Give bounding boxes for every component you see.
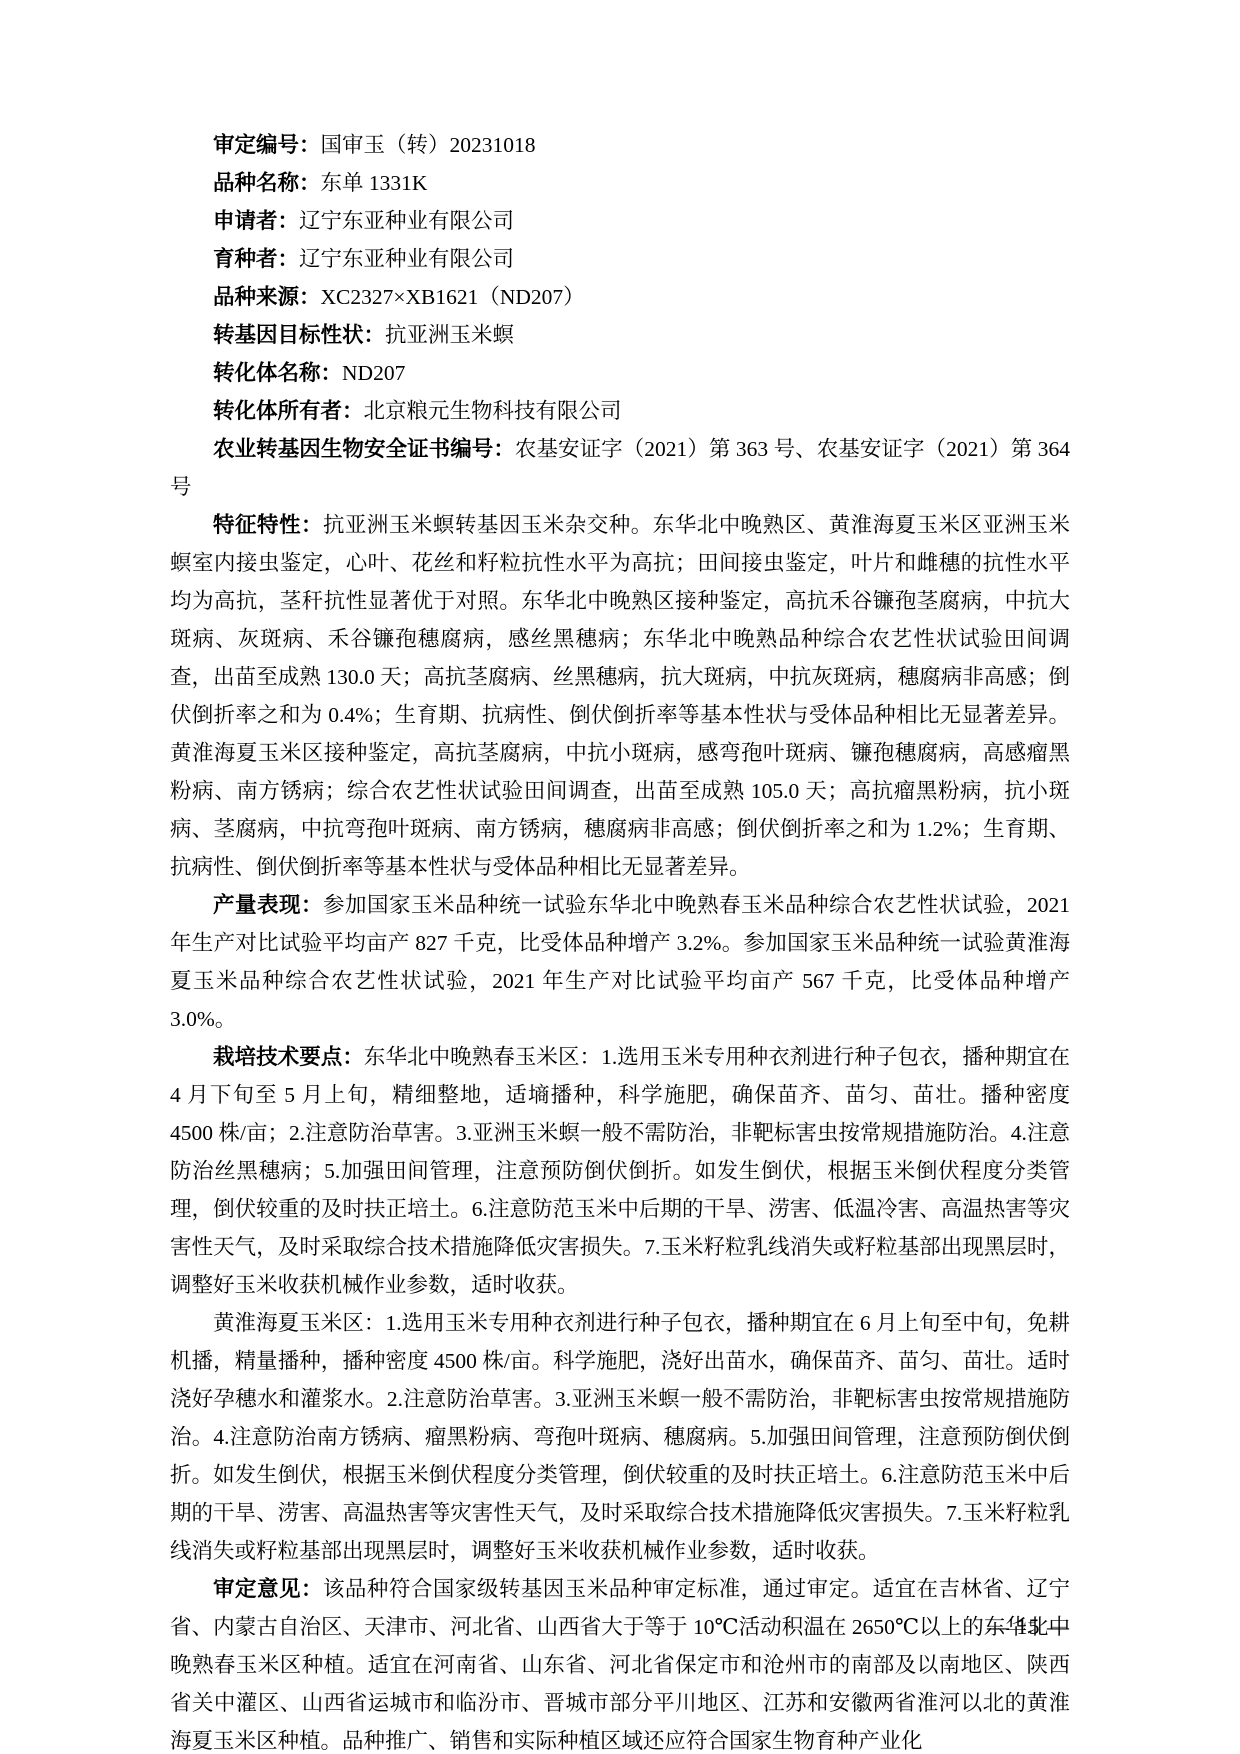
field-label: 品种来源： bbox=[213, 285, 321, 309]
field-label: 审定编号： bbox=[213, 133, 321, 157]
paragraph-yield-performance: 产量表现：参加国家玉米品种统一试验东华北中晚熟春玉米品种综合农艺性状试验，202… bbox=[170, 886, 1070, 1038]
field-label: 申请者： bbox=[213, 209, 299, 233]
field-label: 转化体名称： bbox=[213, 361, 342, 385]
field-value: 国审玉（转）20231018 bbox=[321, 133, 536, 157]
paragraph-approval-opinion: 审定意见：该品种符合国家级转基因玉米品种审定标准，通过审定。适宜在吉林省、辽宁省… bbox=[170, 1570, 1070, 1754]
paragraph-huanghuaihai-region: 黄淮海夏玉米区：1.选用玉米专用种衣剂进行种子包衣，播种期宜在 6 月上旬至中旬… bbox=[170, 1304, 1070, 1570]
field-value: 抗亚洲玉米螟 bbox=[385, 323, 514, 347]
paragraph-label: 特征特性： bbox=[213, 513, 323, 537]
document-page: 审定编号：国审玉（转）20231018 品种名称：东单 1331K 申请者：辽宁… bbox=[0, 0, 1240, 1754]
field-label: 转化体所有者： bbox=[213, 399, 364, 423]
field-transformation-event-owner: 转化体所有者：北京粮元生物科技有限公司 bbox=[170, 392, 1070, 430]
document-body: 审定编号：国审玉（转）20231018 品种名称：东单 1331K 申请者：辽宁… bbox=[170, 126, 1070, 1754]
field-label: 育种者： bbox=[213, 247, 299, 271]
field-value: XC2327×XB1621（ND207） bbox=[321, 285, 585, 309]
field-label: 转基因目标性状： bbox=[213, 323, 385, 347]
paragraph-characteristics: 特征特性：抗亚洲玉米螟转基因玉米杂交种。东华北中晚熟区、黄淮海夏玉米区亚洲玉米螟… bbox=[170, 506, 1070, 886]
field-variety-name: 品种名称：东单 1331K bbox=[170, 164, 1070, 202]
paragraph-text: 东华北中晚熟春玉米区：1.选用玉米专用种衣剂进行种子包衣，播种期宜在 4 月下旬… bbox=[170, 1045, 1070, 1297]
page-number: — 15 — bbox=[170, 1612, 1070, 1642]
field-label: 品种名称： bbox=[213, 171, 321, 195]
paragraph-cultivation-techniques: 栽培技术要点：东华北中晚熟春玉米区：1.选用玉米专用种衣剂进行种子包衣，播种期宜… bbox=[170, 1038, 1070, 1304]
field-transformation-event-name: 转化体名称：ND207 bbox=[170, 354, 1070, 392]
field-value: 北京粮元生物科技有限公司 bbox=[364, 399, 622, 423]
paragraph-label: 审定意见： bbox=[213, 1577, 323, 1601]
paragraph-text: 抗亚洲玉米螟转基因玉米杂交种。东华北中晚熟区、黄淮海夏玉米区亚洲玉米螟室内接虫鉴… bbox=[170, 513, 1070, 879]
field-biosafety-certificate-number: 农业转基因生物安全证书编号：农基安证字（2021）第 363 号、农基安证字（2… bbox=[170, 430, 1070, 506]
field-variety-source: 品种来源：XC2327×XB1621（ND207） bbox=[170, 278, 1070, 316]
paragraph-text: 黄淮海夏玉米区：1.选用玉米专用种衣剂进行种子包衣，播种期宜在 6 月上旬至中旬… bbox=[170, 1311, 1070, 1563]
field-transgenic-target-trait: 转基因目标性状：抗亚洲玉米螟 bbox=[170, 316, 1070, 354]
field-label: 农业转基因生物安全证书编号： bbox=[213, 437, 515, 461]
field-approval-number: 审定编号：国审玉（转）20231018 bbox=[170, 126, 1070, 164]
paragraph-text: 该品种符合国家级转基因玉米品种审定标准，通过审定。适宜在吉林省、辽宁省、内蒙古自… bbox=[170, 1577, 1070, 1753]
field-breeder: 育种者：辽宁东亚种业有限公司 bbox=[170, 240, 1070, 278]
field-applicant: 申请者：辽宁东亚种业有限公司 bbox=[170, 202, 1070, 240]
field-value: 东单 1331K bbox=[321, 171, 428, 195]
field-value: ND207 bbox=[342, 361, 405, 385]
paragraph-label: 产量表现： bbox=[213, 893, 323, 917]
field-value: 辽宁东亚种业有限公司 bbox=[299, 247, 514, 271]
paragraph-label: 栽培技术要点： bbox=[213, 1045, 364, 1069]
field-value: 辽宁东亚种业有限公司 bbox=[299, 209, 514, 233]
